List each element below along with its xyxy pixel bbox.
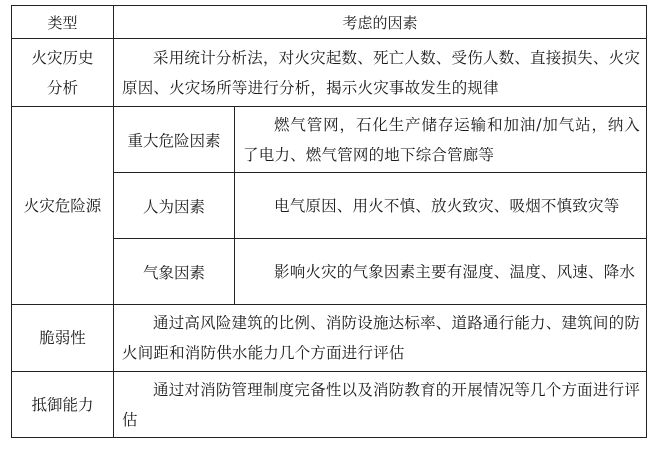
table-row-resistance: 抵御能力 通过对消防管理制度完备性以及消防教育的开展情况等几个方面进行评估 — [12, 372, 647, 438]
header-factors: 考虑的因素 — [114, 6, 647, 39]
category-resistance: 抵御能力 — [12, 372, 114, 438]
subcategory-weather-factor: 气象因素 — [114, 239, 235, 305]
subcategory-human-factor: 人为因素 — [114, 173, 235, 239]
table-row-fire-history: 火灾历史 分析 采用统计分析法，对火灾起数、死亡人数、受伤人数、直接损失、火灾原… — [12, 39, 647, 107]
description-major-hazard: 燃气管网，石化生产储存运输和加油/加气站，纳入了电力、燃气管网的地下综合管廊等 — [235, 107, 647, 173]
description-vulnerability: 通过高风险建筑的比例、消防设施达标率、道路通行能力、建筑间的防火间距和消防供水能… — [114, 305, 647, 372]
table-row-hazard-major: 火灾危险源 重大危险因素 燃气管网，石化生产储存运输和加油/加气站，纳入了电力、… — [12, 107, 647, 173]
category-label-line1: 火灾历史 — [12, 43, 113, 73]
category-vulnerability: 脆弱性 — [12, 305, 114, 372]
category-label-line2: 分析 — [12, 73, 113, 103]
header-row: 类型 考虑的因素 — [12, 6, 647, 39]
description-fire-history: 采用统计分析法，对火灾起数、死亡人数、受伤人数、直接损失、火灾原因、火灾场所等进… — [114, 39, 647, 107]
fire-risk-factors-table: 类型 考虑的因素 火灾历史 分析 采用统计分析法，对火灾起数、死亡人数、受伤人数… — [11, 5, 647, 438]
description-resistance: 通过对消防管理制度完备性以及消防教育的开展情况等几个方面进行评估 — [114, 372, 647, 438]
category-fire-history: 火灾历史 分析 — [12, 39, 114, 107]
description-weather-factor: 影响火灾的气象因素主要有湿度、温度、风速、降水 — [235, 239, 647, 305]
description-human-factor: 电气原因、用火不慎、放火致灾、吸烟不慎致灾等 — [235, 173, 647, 239]
subcategory-major-hazard: 重大危险因素 — [114, 107, 235, 173]
table-row-vulnerability: 脆弱性 通过高风险建筑的比例、消防设施达标率、道路通行能力、建筑间的防火间距和消… — [12, 305, 647, 372]
header-type: 类型 — [12, 6, 114, 39]
category-fire-hazard-source: 火灾危险源 — [12, 107, 114, 305]
